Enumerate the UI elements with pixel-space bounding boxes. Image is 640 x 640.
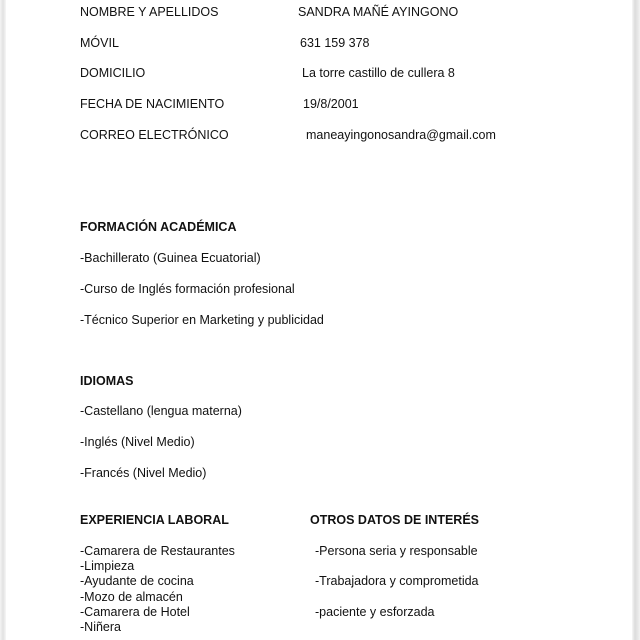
label-domicilio: DOMICILIO [80,66,145,81]
idioma-item: -Inglés (Nivel Medio) [80,435,195,450]
idioma-item: -Castellano (lengua materna) [80,404,242,419]
experiencia-item: -Limpieza [80,559,134,574]
experiencia-item: -Camarera de Hotel [80,605,190,620]
value-nombre: SANDRA MAÑÉ AYINGONO [298,5,458,20]
otros-datos-item: -Persona seria y responsable [315,544,478,559]
idioma-item: -Francés (Nivel Medio) [80,466,206,481]
value-fecha-nacimiento: 19/8/2001 [303,97,359,112]
experiencia-item: -Ayudante de cocina [80,574,194,589]
experiencia-item: -Camarera de Restaurantes [80,544,235,559]
formacion-heading: FORMACIÓN ACADÉMICA [80,220,236,235]
formacion-item: -Curso de Inglés formación profesional [80,282,295,297]
otros-datos-item: -paciente y esforzada [315,605,435,620]
value-domicilio: La torre castillo de cullera 8 [302,66,455,81]
label-movil: MÓVIL [80,36,119,51]
formacion-item: -Técnico Superior en Marketing y publici… [80,313,324,328]
formacion-item: -Bachillerato (Guinea Ecuatorial) [80,251,261,266]
page-edge-right [632,0,640,640]
otros-datos-heading: OTROS DATOS DE INTERÉS [310,513,479,528]
value-correo: maneayingonosandra@gmail.com [306,128,496,143]
label-fecha-nacimiento: FECHA DE NACIMIENTO [80,97,224,112]
label-nombre: NOMBRE Y APELLIDOS [80,5,218,20]
experiencia-item: -Niñera [80,620,121,635]
label-correo: CORREO ELECTRÓNICO [80,128,229,143]
value-movil: 631 159 378 [300,36,370,51]
otros-datos-item: -Trabajadora y comprometida [315,574,479,589]
page-edge-left [0,0,6,640]
idiomas-heading: IDIOMAS [80,374,133,389]
cv-document: NOMBRE Y APELLIDOS SANDRA MAÑÉ AYINGONO … [0,0,640,640]
experiencia-heading: EXPERIENCIA LABORAL [80,513,229,528]
experiencia-item: -Mozo de almacén [80,590,183,605]
